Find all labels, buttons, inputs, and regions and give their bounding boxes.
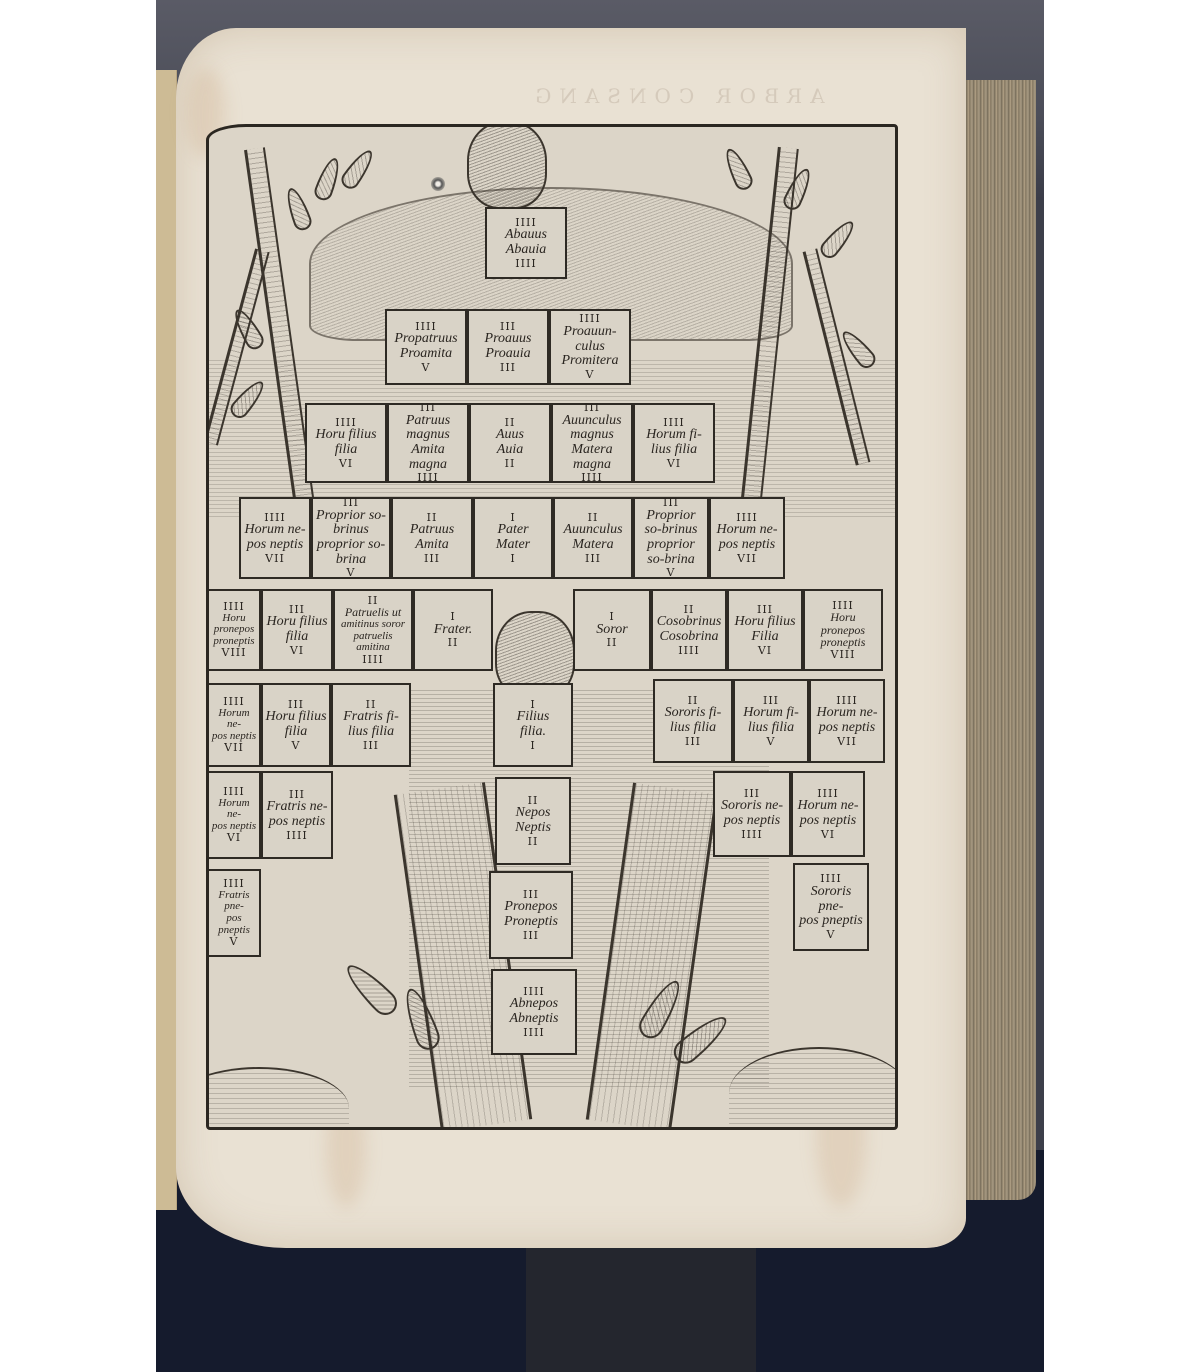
leaf (817, 216, 859, 261)
leaf (721, 145, 756, 192)
box-fratris-nepos: III Fratris ne- pos neptis IIII (261, 771, 333, 859)
box-patruus: II Patruus Amita III (391, 497, 473, 579)
leaf (312, 155, 344, 203)
box-soror: I Soror II (573, 589, 651, 671)
box-proprior-sobrinus-left: III Proprior so-brinus proprior so-brina… (311, 497, 391, 579)
left-page-edge (156, 70, 177, 1210)
box-proprior-sobrinus-right: III Proprior so-brinus proprior so-brina… (633, 497, 709, 579)
box-horum-nepos-2-right: IIII Horum ne- pos neptis VII (809, 679, 885, 763)
box-fratris-pronepos: IIII Fratris pne- pos pneptis V (207, 869, 261, 957)
box-horum-filius-right: IIII Horum fi- lius filia VI (633, 403, 715, 483)
box-avunculus: II Auunculus Matera III (553, 497, 633, 579)
box-horum-pronepos-left: IIII Horu pronepos proneptis VIII (207, 589, 261, 671)
box-horum-nepos-3-right: IIII Horum ne- pos neptis VI (791, 771, 865, 857)
box-patruelis: II Patruelis ut amitinus soror patruelis… (333, 589, 413, 671)
box-pronepos: III Pronepos Proneptis III (489, 871, 573, 959)
woodcut-consanguinity-tree: IIII Abauus Abauia IIII IIII Propatruus … (206, 124, 898, 1130)
box-filius: I Filius filia. I (493, 683, 573, 767)
box-frater: I Frater. II (413, 589, 493, 671)
book-page: ARBOR CONSANG (176, 28, 966, 1248)
leaf (338, 146, 378, 192)
box-avus: II Auus Auia II (469, 403, 551, 483)
paper-speck (431, 177, 445, 191)
box-patruus-magnus: III Patruus magnus Amita magna IIII (387, 403, 469, 483)
box-horum-nepos-2-left: IIII Horum ne- pos neptis VII (207, 683, 261, 767)
box-horum-filius-4-left: III Horu filius filia V (261, 683, 331, 767)
box-horum-filius-3-right: III Horu filius Filia VI (727, 589, 803, 671)
box-horum-nepos-right: IIII Horum ne- pos neptis VII (709, 497, 785, 579)
box-proavus: III Proauus Proauia III (467, 309, 549, 385)
plant-leaf (340, 958, 402, 1020)
box-horum-filius-3-left: III Horu filius filia VI (261, 589, 333, 671)
book-photo: ARBOR CONSANG (156, 0, 1044, 1372)
leaf (282, 185, 314, 233)
box-horum-nepos-left: IIII Horum ne- pos neptis VII (239, 497, 311, 579)
box-sororis-pronepos: IIII Sororis pne- pos pneptis V (793, 863, 869, 951)
box-consobrinus: II Cosobrinus Cosobrina IIII (651, 589, 727, 671)
box-horum-nepos-3-left: IIII Horum ne- pos neptis VI (207, 771, 261, 859)
box-abavus: IIII Abauus Abauia IIII (485, 207, 567, 279)
box-propatruus: IIII Propatruus Proamita V (385, 309, 467, 385)
box-proavunculus: IIII Proauun-culus Promitera V (549, 309, 631, 385)
box-avunculus-magnus: III Auunculus magnus Matera magna IIII (551, 403, 633, 483)
hill (206, 1067, 349, 1130)
page-block-edges (956, 80, 1036, 1200)
box-sororis-nepos: III Sororis ne- pos neptis IIII (713, 771, 791, 857)
box-sororis-filius: II Sororis fi- lius filia III (653, 679, 733, 763)
box-horum-filius-4-right: III Horum fi- lius filia V (733, 679, 809, 763)
box-horum-pronepos-right: IIII Horu pronepos proneptis VIII (803, 589, 883, 671)
box-nepos: II Nepos Neptis II (495, 777, 571, 865)
box-fratris-filius: II Fratris fi- lius filia III (331, 683, 411, 767)
box-horum-filius-left: IIII Horu filius filia VI (305, 403, 387, 483)
box-abnepos: IIII Abnepos Abneptis IIII (491, 969, 577, 1055)
box-pater: I Pater Mater I (473, 497, 553, 579)
